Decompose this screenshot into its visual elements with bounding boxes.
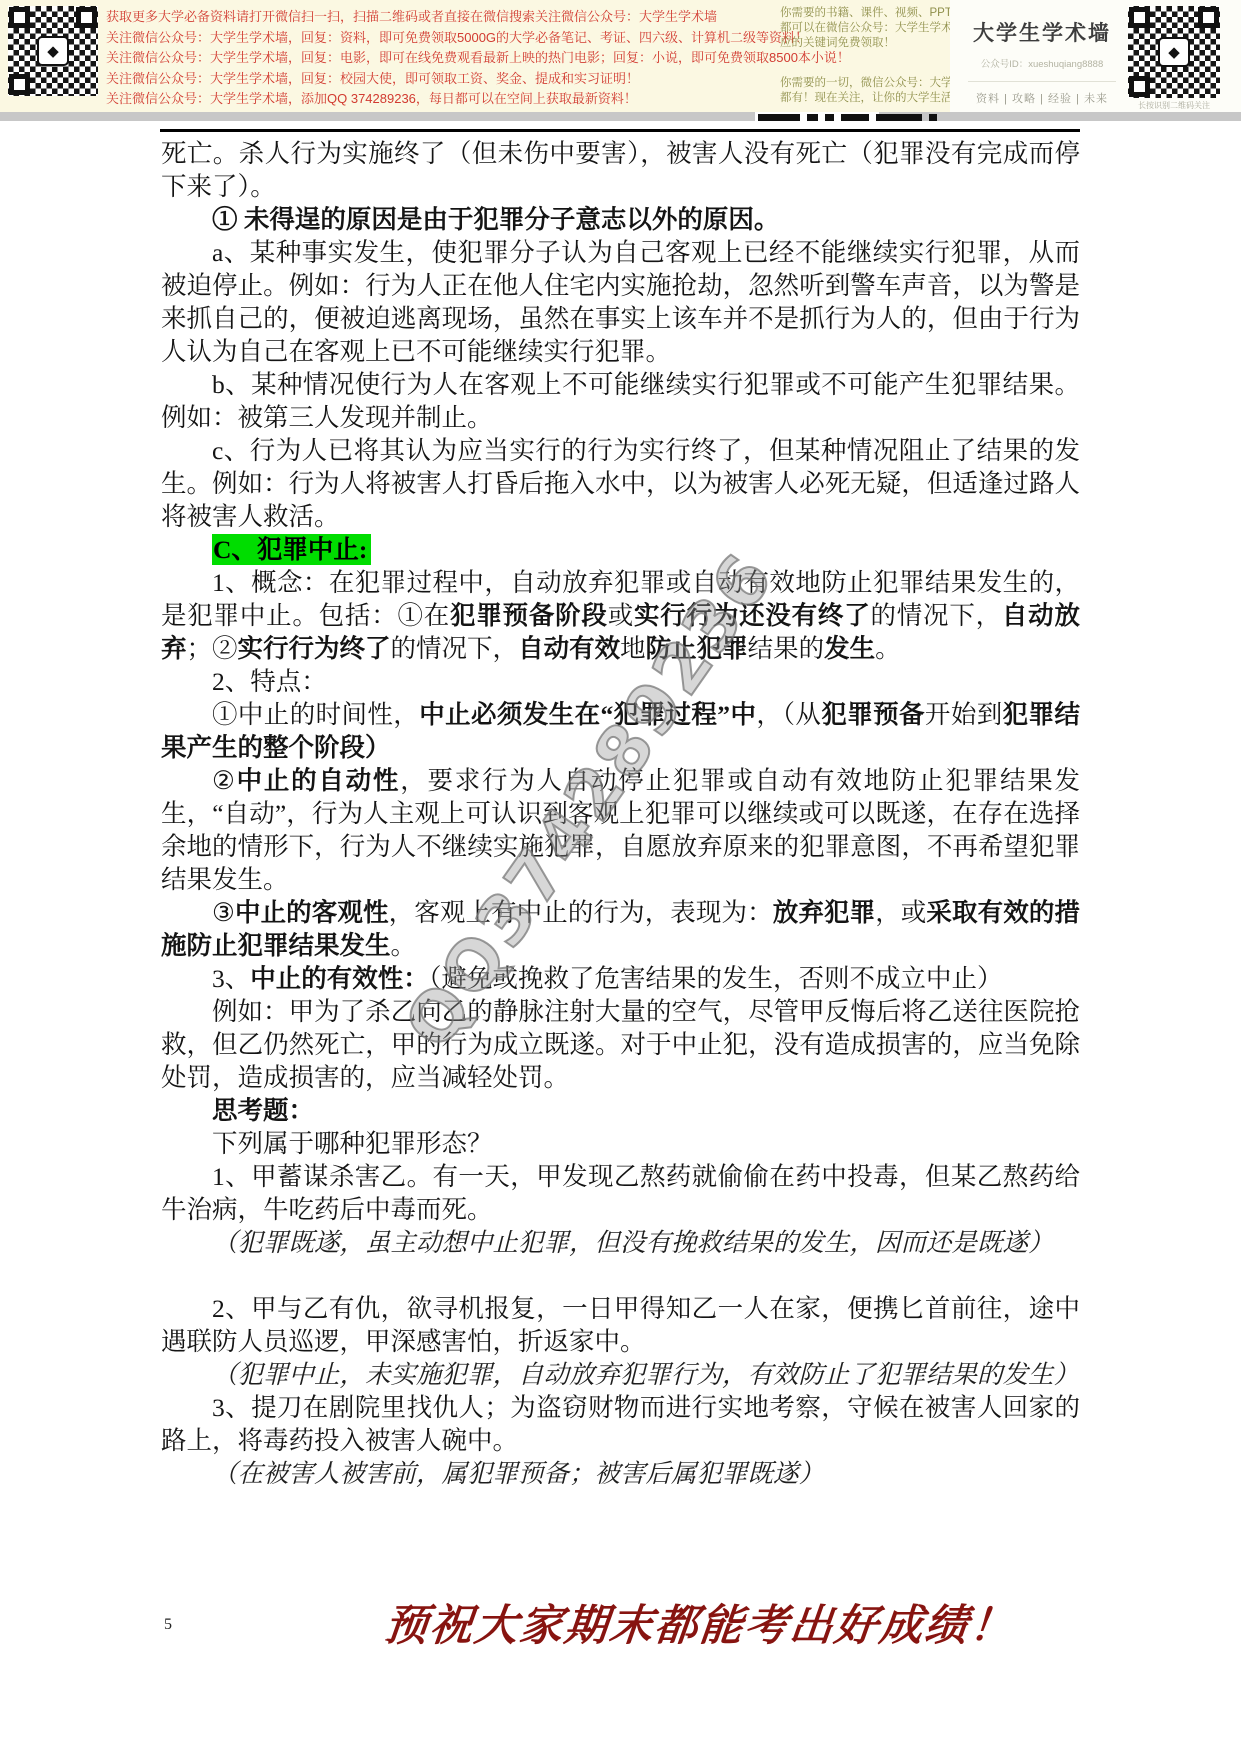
paragraph: 2、甲与乙有仇，欲寻机报复，一日甲得知乙一人在家，便携匕首前往，途中遇联防人员巡…: [161, 1292, 1080, 1358]
promo-line: 关注微信公众号：大学生学术墙，回复：资料，即可免费领取5000G的大学必备笔记、…: [106, 28, 850, 49]
cropped-text-fragment: [758, 113, 937, 121]
promo-line: 关注微信公众号：大学生学术墙，回复：电影，即可在线免费观看最新上映的热门电影；回…: [106, 48, 850, 69]
paragraph: （犯罪既遂，虽主动想中止犯罪，但没有挽救结果的发生，因而还是既遂）: [161, 1226, 1080, 1259]
account-card-text: 大学生学术墙 公众号ID：xueshuqiang8888 资料 | 攻略 | 经…: [958, 0, 1126, 106]
paragraph: 3、提刀在剧院里找仇人；为盗窃财物而进行实地考察，守候在被害人回家的路上，将毒药…: [161, 1391, 1080, 1457]
account-title: 大学生学术墙: [958, 17, 1126, 47]
promo-line: 关注微信公众号：大学生学术墙，回复：校园大使，即可领取工资、奖金、提成和实习证明…: [106, 69, 850, 90]
promo-line: 关注微信公众号：大学生学术墙，添加QQ 374289236，每日都可以在空间上获…: [106, 89, 850, 110]
document-page: ◆ 获取更多大学必备资料请打开微信扫一扫，扫描二维码或者直接在微信搜索关注微信公…: [0, 0, 1241, 1754]
qr-finder: [76, 7, 97, 28]
paragraph: 例如：甲为了杀乙向乙的静脉注射大量的空气，尽管甲反悔后将乙送往医院抢救，但乙仍然…: [161, 995, 1080, 1094]
paragraph: （犯罪中止，未实施犯罪，自动放弃犯罪行为，有效防止了犯罪结果的发生）: [161, 1358, 1080, 1391]
paragraph: 3、中止的有效性：（避免或挽救了危害结果的发生，否则不成立中止）: [161, 962, 1080, 995]
highlighted-heading: C、犯罪中止:: [161, 533, 1080, 566]
paragraph: a、某种事实发生，使犯罪分子认为自己客观上已经不能继续实行犯罪，从而被迫停止。例…: [161, 236, 1080, 368]
paragraph: ③中止的客观性，客观上有中止的行为，表现为：放弃犯罪，或采取有效的措施防止犯罪结…: [161, 896, 1080, 962]
paragraph: 1、甲蓄谋杀害乙。有一天，甲发现乙熬药就偷偷在药中投毒，但某乙熬药给牛治病，牛吃…: [161, 1160, 1080, 1226]
promo-banner: ◆ 获取更多大学必备资料请打开微信扫一扫，扫描二维码或者直接在微信搜索关注微信公…: [0, 0, 1241, 112]
paragraph: 2、特点：: [161, 665, 1080, 698]
paragraph: 死亡。杀人行为实施终了（但未伤中要害），被害人没有死亡（犯罪没有完成而停下来了）…: [161, 137, 1080, 203]
graduation-cap-icon: ◆: [1158, 37, 1190, 67]
graduation-cap-icon: ◆: [37, 36, 69, 66]
paragraph: ②中止的自动性，要求行为人自动停止犯罪或自动有效地防止犯罪结果发生，“自动”，行…: [161, 764, 1080, 896]
document-body: 死亡。杀人行为实施终了（但未伤中要害），被害人没有死亡（犯罪没有完成而停下来了）…: [161, 137, 1080, 1490]
qr-finder: [1129, 7, 1150, 28]
account-id: 公众号ID：xueshuqiang8888: [958, 56, 1126, 70]
account-tagline: 资料 | 攻略 | 经验 | 未来: [958, 90, 1126, 106]
qr-code-right: ◆: [1128, 6, 1220, 98]
promo-text-block: 获取更多大学必备资料请打开微信扫一扫，扫描二维码或者直接在微信搜索关注微信公众号…: [106, 7, 850, 110]
paragraph: 思考题：: [161, 1094, 1080, 1127]
qr-caption: 长按识别二维码关注: [1128, 100, 1220, 111]
page-number: 5: [164, 1616, 172, 1634]
qr-code-left: ◆: [8, 6, 98, 96]
paragraph: ① 未得逞的原因是由于犯罪分子意志以外的原因。: [161, 203, 1080, 236]
paragraph: c、行为人已将其认为应当实行的行为实行终了，但某种情况阻止了结果的发生。例如：行…: [161, 434, 1080, 533]
paragraph: （在被害人被害前，属犯罪预备；被害后属犯罪既遂）: [161, 1457, 1080, 1490]
qr-finder: [1198, 7, 1219, 28]
paragraph: 1、概念：在犯罪过程中，自动放弃犯罪或自动有效地防止犯罪结果发生的，是犯罪中止。…: [161, 566, 1080, 665]
qr-finder: [1129, 76, 1150, 97]
header-rule: [160, 129, 1080, 132]
divider: [968, 81, 1116, 82]
paragraph: b、某种情况使行为人在客观上不可能继续实行犯罪或不可能产生犯罪结果。例如：被第三…: [161, 368, 1080, 434]
paragraph: 下列属于哪种犯罪形态？: [161, 1127, 1080, 1160]
qr-finder: [9, 7, 30, 28]
promo-line: 获取更多大学必备资料请打开微信扫一扫，扫描二维码或者直接在微信搜索关注微信公众号…: [106, 7, 850, 28]
blessing-calligraphy: 预祝大家期末都能考出好成绩！: [357, 1592, 1043, 1653]
qr-finder: [9, 74, 30, 95]
paragraph: ①中止的时间性，中止必须发生在“犯罪过程”中，（从犯罪预备开始到犯罪结果产生的整…: [161, 698, 1080, 764]
banner-bottom-strip: [0, 112, 1241, 121]
